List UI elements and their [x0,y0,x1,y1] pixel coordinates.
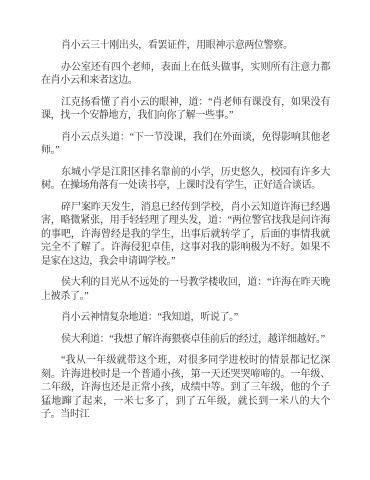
paragraph: 侯大利的目光从不远处的一号教学楼收回，道：“许海在昨天晚上被杀了。” [41,276,330,303]
paragraph: “我从一年级就带这个班，对很多同学进校时的情景都记忆深刻。许海进校时是一个普通小… [41,354,330,422]
paragraph: 江克扬看懂了肖小云的眼神，道：“肖老师有课没有，如果没有课，找一个安静地方，我们… [41,96,330,123]
paragraph: 肖小云点头道：“下一节没课，我们在外面谈，免得影响其他老师。” [41,131,330,158]
paragraph: 肖小云神情复杂地道：“我知道，听说了。” [41,311,330,325]
paragraph: 侯大利道：“我想了解许海猥亵卓佳前后的经过，越详细越好。” [41,333,330,347]
document-page: 肖小云三十刚出头，看罢证件，用眼神示意两位警察。办公室还有四个老师，表面上在低头… [0,0,370,480]
paragraph: 东城小学是江阳区排名靠前的小学，历史悠久，校园有许多大树。在操场角落有一处读书亭… [41,166,330,193]
paragraph: 办公室还有四个老师，表面上在低头做事，实则所有注意力都在肖小云和来者这边。 [41,61,330,88]
paragraph: 肖小云三十刚出头，看罢证件，用眼神示意两位警察。 [41,39,330,53]
paragraph: 碎尸案昨天发生，消息已经传到学校，肖小云知道许海已经遇害，略微紧张，用手轻轻理了… [41,201,330,269]
text-content: 肖小云三十刚出头，看罢证件，用眼神示意两位警察。办公室还有四个老师，表面上在低头… [41,39,330,422]
